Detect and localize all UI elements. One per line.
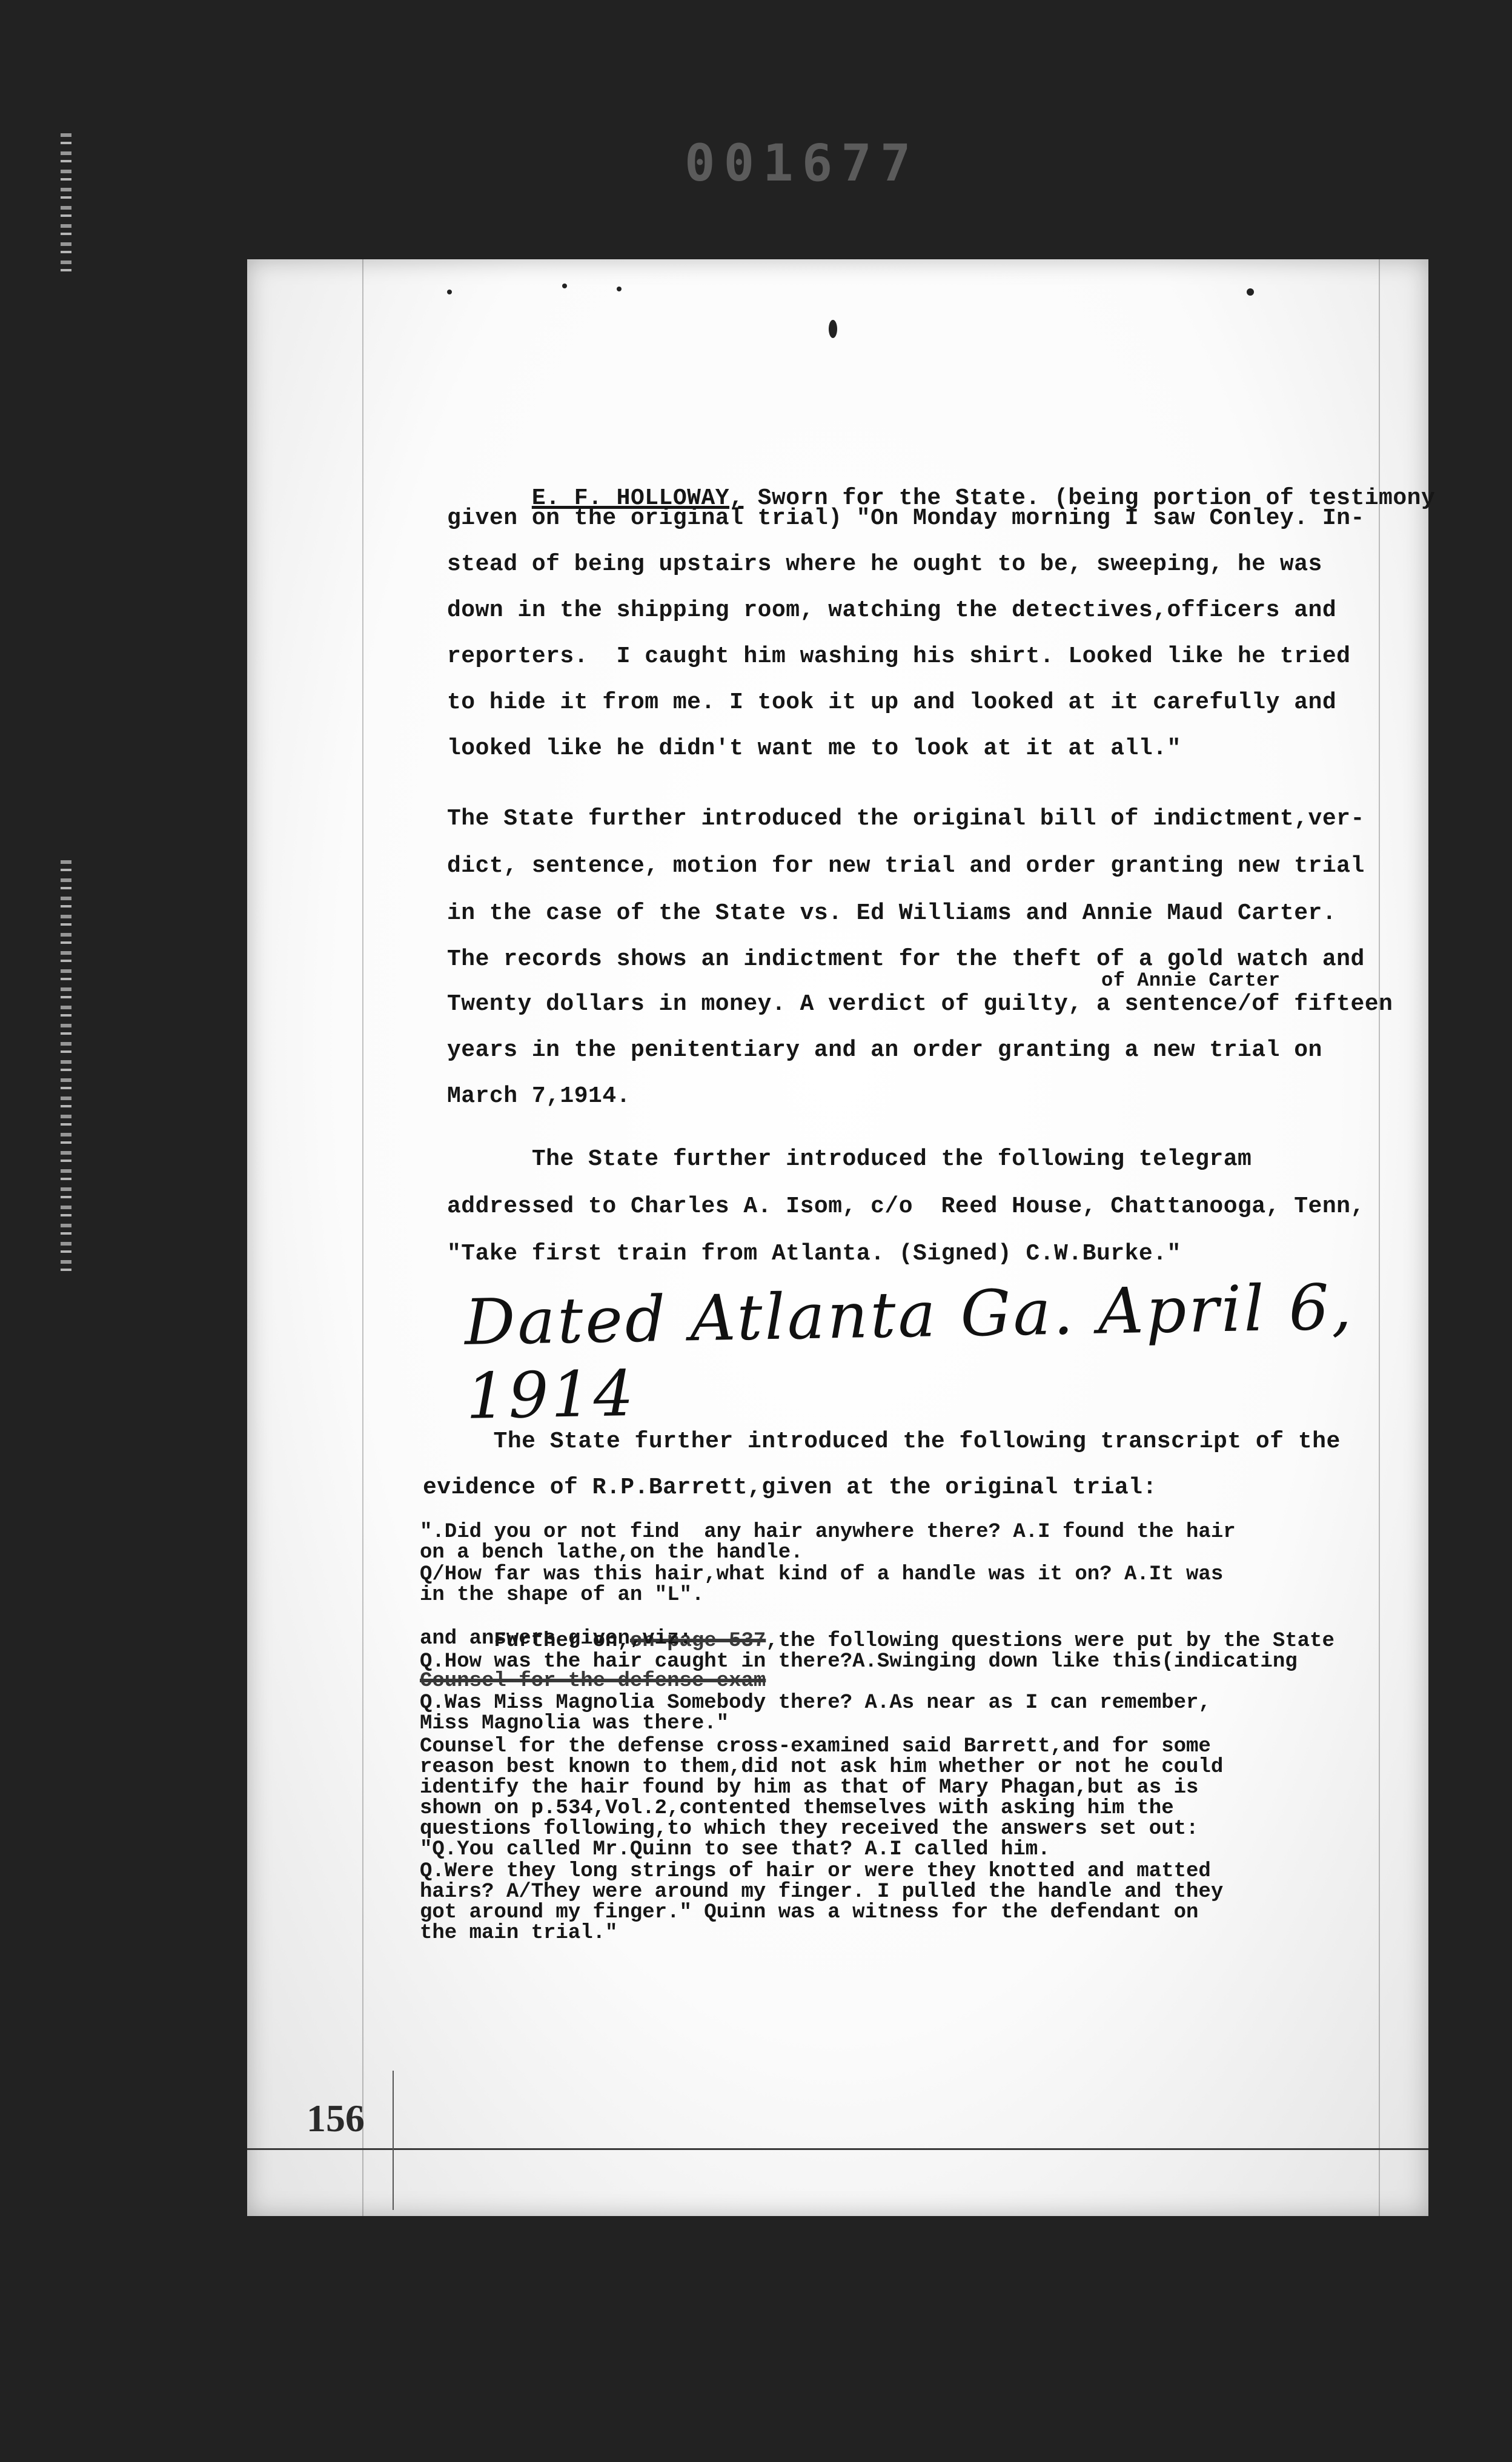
indictment-paragraph: The State further introduced the origina… [447, 806, 1428, 1066]
text-line: on a bench lathe,on the handle. [420, 1541, 803, 1564]
text-line: reporters. I caught him washing his shir… [447, 643, 1350, 669]
text-line: got around my finger." Quinn was a witne… [420, 1901, 1198, 1924]
text-line: Q/How far was this hair,what kind of a h… [420, 1563, 1223, 1586]
film-edge-top [61, 133, 71, 279]
page-number: 156 [307, 2096, 365, 2141]
text-line: and answers given,viz: [420, 1627, 692, 1650]
text-line: The State further introduced the followi… [423, 1428, 1341, 1455]
text-line: evidence of R.P.Barrett,given at the ori… [423, 1475, 1157, 1501]
text-line: given on the original trial) "On Monday … [447, 505, 1365, 531]
fold-crease-vertical [362, 259, 363, 2216]
text-line: Q.Was Miss Magnolia Somebody there? A.As… [420, 1691, 1211, 1714]
text-line: Miss Magnolia was there." [420, 1712, 729, 1735]
text-line: in the case of the State vs. Ed Williams… [447, 900, 1336, 926]
text-line: identify the hair found by him as that o… [420, 1776, 1198, 1799]
struck-out-line: Counsel for the defense exam [420, 1670, 766, 1693]
text-line: questions following,to which they receiv… [420, 1817, 1198, 1840]
text-line: to hide it from me. I took it up and loo… [447, 689, 1336, 715]
telegram-paragraph: The State further introduced the followi… [447, 1146, 1428, 1276]
text-line: Twenty dollars in money. A verdict of gu… [447, 991, 1393, 1017]
margin-rule [393, 2071, 394, 2210]
text-line: the main trial." [420, 1922, 617, 1945]
text-line: "Take first train from Atlanta. (Signed)… [447, 1241, 1181, 1267]
text-line: in the shape of an "L". [420, 1584, 704, 1607]
handwritten-date-annotation: Dated Atlanta Ga. April 6, 1914 [464, 1269, 1430, 1433]
interlinear-insert: of Annie Carter [1101, 969, 1281, 992]
fold-crease-horizontal [247, 2148, 1428, 2150]
text-line: down in the shipping room, watching the … [447, 597, 1336, 623]
text-fragment: ,the following questions were put by the… [766, 1630, 1335, 1653]
text-line: dict, sentence, motion for new trial and… [447, 853, 1365, 879]
text-line: "Q.You called Mr.Quinn to see that? A.I … [420, 1838, 1050, 1861]
text-line: addressed to Charles A. Isom, c/o Reed H… [447, 1193, 1365, 1219]
text-line: Q.Were they long strings of hair or were… [420, 1860, 1211, 1883]
text-line: shown on p.534,Vol.2,contented themselve… [420, 1797, 1174, 1820]
text-line: The State further introduced the followi… [447, 1146, 1252, 1172]
text-line: hairs? A/They were around my finger. I p… [420, 1880, 1223, 1903]
barrett-transcript: ".Did you or not find any hair anywhere … [420, 1521, 1401, 2027]
film-edge-middle [61, 860, 71, 1272]
holloway-paragraph: E. F. HOLLOWAY, Sworn for the State. (be… [447, 459, 1428, 694]
text-line: ".Did you or not find any hair anywhere … [420, 1521, 1236, 1544]
text-line: The records shows an indictment for the … [447, 946, 1365, 972]
text-line: stead of being upstairs where he ought t… [447, 551, 1322, 577]
document-page: E. F. HOLLOWAY, Sworn for the State. (be… [247, 259, 1428, 2216]
text-line: looked like he didn't want me to look at… [447, 735, 1181, 761]
text-line: The State further introduced the origina… [447, 806, 1365, 832]
text-line: Counsel for the defense cross-examined s… [420, 1735, 1211, 1758]
text-line: years in the penitentiary and an order g… [447, 1037, 1322, 1063]
film-frame-number: 001677 [685, 133, 919, 193]
text-line: March 7,1914. [447, 1083, 631, 1109]
barrett-intro-paragraph: The State further introduced the followi… [423, 1428, 1404, 1533]
text-line: reason best known to them,did not ask hi… [420, 1756, 1223, 1779]
